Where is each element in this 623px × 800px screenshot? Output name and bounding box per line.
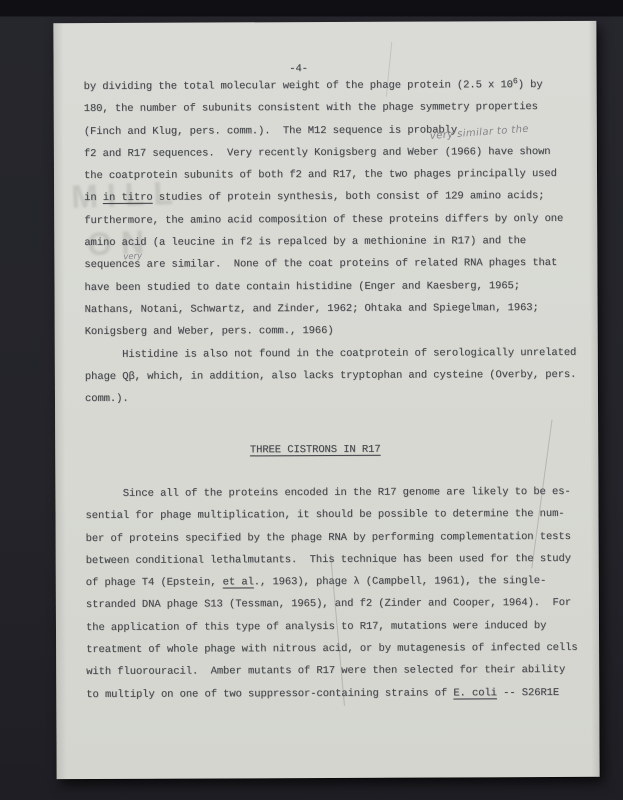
section-heading: THREE CISTRONS IN R17 [55,438,575,463]
body-line: f2 and R17 sequences. Very recently Koni… [84,141,584,165]
underlined-phrase: et al [223,577,254,589]
paragraph-block-2: Since all of the proteins encoded in the… [85,481,586,706]
body-line-segment: of phage T4 (Epstein, [86,577,223,590]
superscript-exponent: 6 [513,77,518,86]
body-line: furthermore, the amino acid composition … [84,208,584,232]
body-line: sential for phage multiplication, it sho… [85,503,585,527]
body-line-segment: to multiply on one of two suppressor-con… [86,687,453,701]
body-line: amino acid (a leucine in f2 is repalced … [84,230,584,254]
body-line: 180, the number of subunits consistent w… [84,96,584,120]
underlined-phrase: in titro [103,192,153,204]
body-line-segment: ) by [518,79,543,91]
body-line: to multiply on one of two suppressor-con… [86,682,586,706]
body-line: comm.). [85,386,585,410]
manuscript-page: MILL ON -4- by dividing the total molecu… [53,21,599,779]
body-line: by dividing the total molecular weight o… [84,74,584,98]
body-line: phage Qβ, which, in addition, also lacks… [85,364,585,388]
body-line: Nathans, Notani, Schwartz, and Zinder, 1… [85,297,585,321]
body-line: have been studied to date contain histid… [84,275,584,299]
body-line-segment: in [84,192,103,204]
body-line: ber of proteins specified by the phage R… [86,525,586,549]
body-line-segment: studies of protein synthesis, both consi… [153,191,545,205]
scanned-page-photo: MILL ON -4- by dividing the total molecu… [0,0,623,800]
body-line-segment: by dividing the total molecular weight o… [84,79,513,93]
body-line: the coatprotein subunits of both f2 and … [84,163,584,187]
body-line: between conditional lethalmutants. This … [86,548,586,572]
handwritten-insert-note: very [123,251,142,262]
underlined-phrase: E. coli [453,687,497,699]
body-line: of phage T4 (Epstein, et al., 1963), pha… [86,570,586,594]
body-line: sequences are similar. None of the coat … [84,252,584,276]
body-line: treatment of whole phage with nitrous ac… [86,637,586,661]
body-line: Histidine is also not found in the coatp… [85,341,585,365]
body-line: Konigsberg and Weber, pers. comm., 1966) [85,319,585,343]
body-line: with fluorouracil. Amber mutants of R17 … [86,659,586,683]
body-line: in in titro studies of protein synthesis… [84,185,584,209]
body-line-segment: ., 1963), phage λ (Campbell, 1961), the … [254,575,546,588]
body-line: Since all of the proteins encoded in the… [85,481,585,505]
body-line-segment: -- S26R1E [497,687,559,699]
